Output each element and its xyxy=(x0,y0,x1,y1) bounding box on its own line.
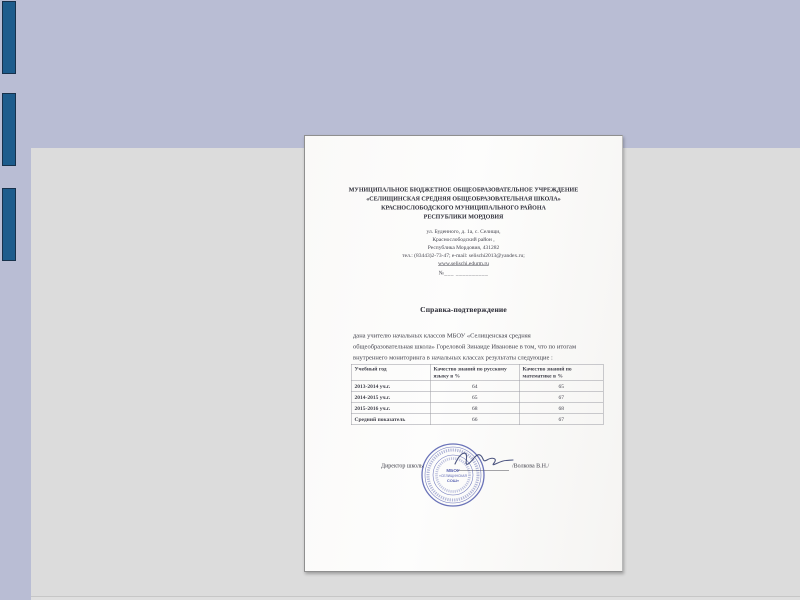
table-cell: 65 xyxy=(519,381,603,392)
stamp-text-line: СОШ» xyxy=(447,478,460,483)
accent-bar xyxy=(2,93,16,166)
org-header-line: РЕСПУБЛИКИ МОРДОВИЯ xyxy=(305,212,622,221)
table-cell: 2013-2014 уч.г. xyxy=(351,381,430,392)
table-cell: 67 xyxy=(519,392,603,403)
table-row: Средний показатель 66 67 xyxy=(351,414,603,425)
accent-bar xyxy=(2,1,16,74)
scanned-document: МУНИЦИПАЛЬНОЕ БЮДЖЕТНОЕ ОБЩЕОБРАЗОВАТЕЛЬ… xyxy=(304,135,623,572)
table-cell: Средний показатель xyxy=(351,414,430,425)
body-paragraph: дана учителю начальных классов МБОУ «Сел… xyxy=(353,330,603,363)
address-line: ул. Буденного, д. 1а, с. Селищи, xyxy=(305,228,622,236)
table-cell: 2015-2016 уч.г. xyxy=(351,403,430,414)
table-row: 2015-2016 уч.г. 68 68 xyxy=(351,403,603,414)
signature-ink xyxy=(453,447,515,473)
website-text: www.selischi.edurm.ru xyxy=(305,260,622,268)
body-line: внутреннего мониторинга в начальных клас… xyxy=(353,352,603,363)
table-cell: 65 xyxy=(430,392,519,403)
org-header-line: «СЕЛИЩИНСКАЯ СРЕДНЯЯ ОБЩЕОБРАЗОВАТЕЛЬНАЯ… xyxy=(305,194,622,203)
table-cell: 68 xyxy=(519,403,603,414)
table-row: 2013-2014 уч.г. 64 65 xyxy=(351,381,603,392)
document-content: МУНИЦИПАЛЬНОЕ БЮДЖЕТНОЕ ОБЩЕОБРАЗОВАТЕЛЬ… xyxy=(305,136,622,571)
results-table: Учебный год Качество знаний по русскому … xyxy=(351,364,604,425)
table-cell: 66 xyxy=(430,414,519,425)
table-header-cell: Учебный год xyxy=(351,364,430,381)
table-cell: 64 xyxy=(430,381,519,392)
table-header-cell: Качество знаний по математике в % xyxy=(519,364,603,381)
document-title: Справка-подтверждение xyxy=(305,306,622,315)
address-line: Республика Мордовия, 431282 xyxy=(305,244,622,252)
table-cell: 67 xyxy=(519,414,603,425)
address-line: тел.: (83443)2-73-47; e-mail: selischi20… xyxy=(305,252,622,260)
table-cell: 2014-2015 уч.г. xyxy=(351,392,430,403)
slide: МУНИЦИПАЛЬНОЕ БЮДЖЕТНОЕ ОБЩЕОБРАЗОВАТЕЛЬ… xyxy=(0,0,800,600)
org-header-line: МУНИЦИПАЛЬНОЕ БЮДЖЕТНОЕ ОБЩЕОБРАЗОВАТЕЛЬ… xyxy=(305,185,622,194)
table-cell: 68 xyxy=(430,403,519,414)
body-line: дана учителю начальных классов МБОУ «Сел… xyxy=(353,330,603,341)
address-line: Краснослободский район , xyxy=(305,236,622,244)
org-header-line: КРАСНОСЛОБОДСКОГО МУНИЦИПАЛЬНОГО РАЙОНА xyxy=(305,203,622,212)
body-line: общеобразовательная школа» Гореловой Зин… xyxy=(353,341,603,352)
address-block: ул. Буденного, д. 1а, с. Селищи, Краснос… xyxy=(305,228,622,278)
accent-bar xyxy=(2,188,16,261)
table-row: 2014-2015 уч.г. 65 67 xyxy=(351,392,603,403)
org-header: МУНИЦИПАЛЬНОЕ БЮДЖЕТНОЕ ОБЩЕОБРАЗОВАТЕЛЬ… xyxy=(305,185,622,221)
doc-number-line: №___ __________ xyxy=(305,269,622,277)
table-header-cell: Качество знаний по русскому языку в % xyxy=(430,364,519,381)
table-header-row: Учебный год Качество знаний по русскому … xyxy=(351,364,603,381)
signature-name: /Волкова В.Н./ xyxy=(512,462,549,470)
